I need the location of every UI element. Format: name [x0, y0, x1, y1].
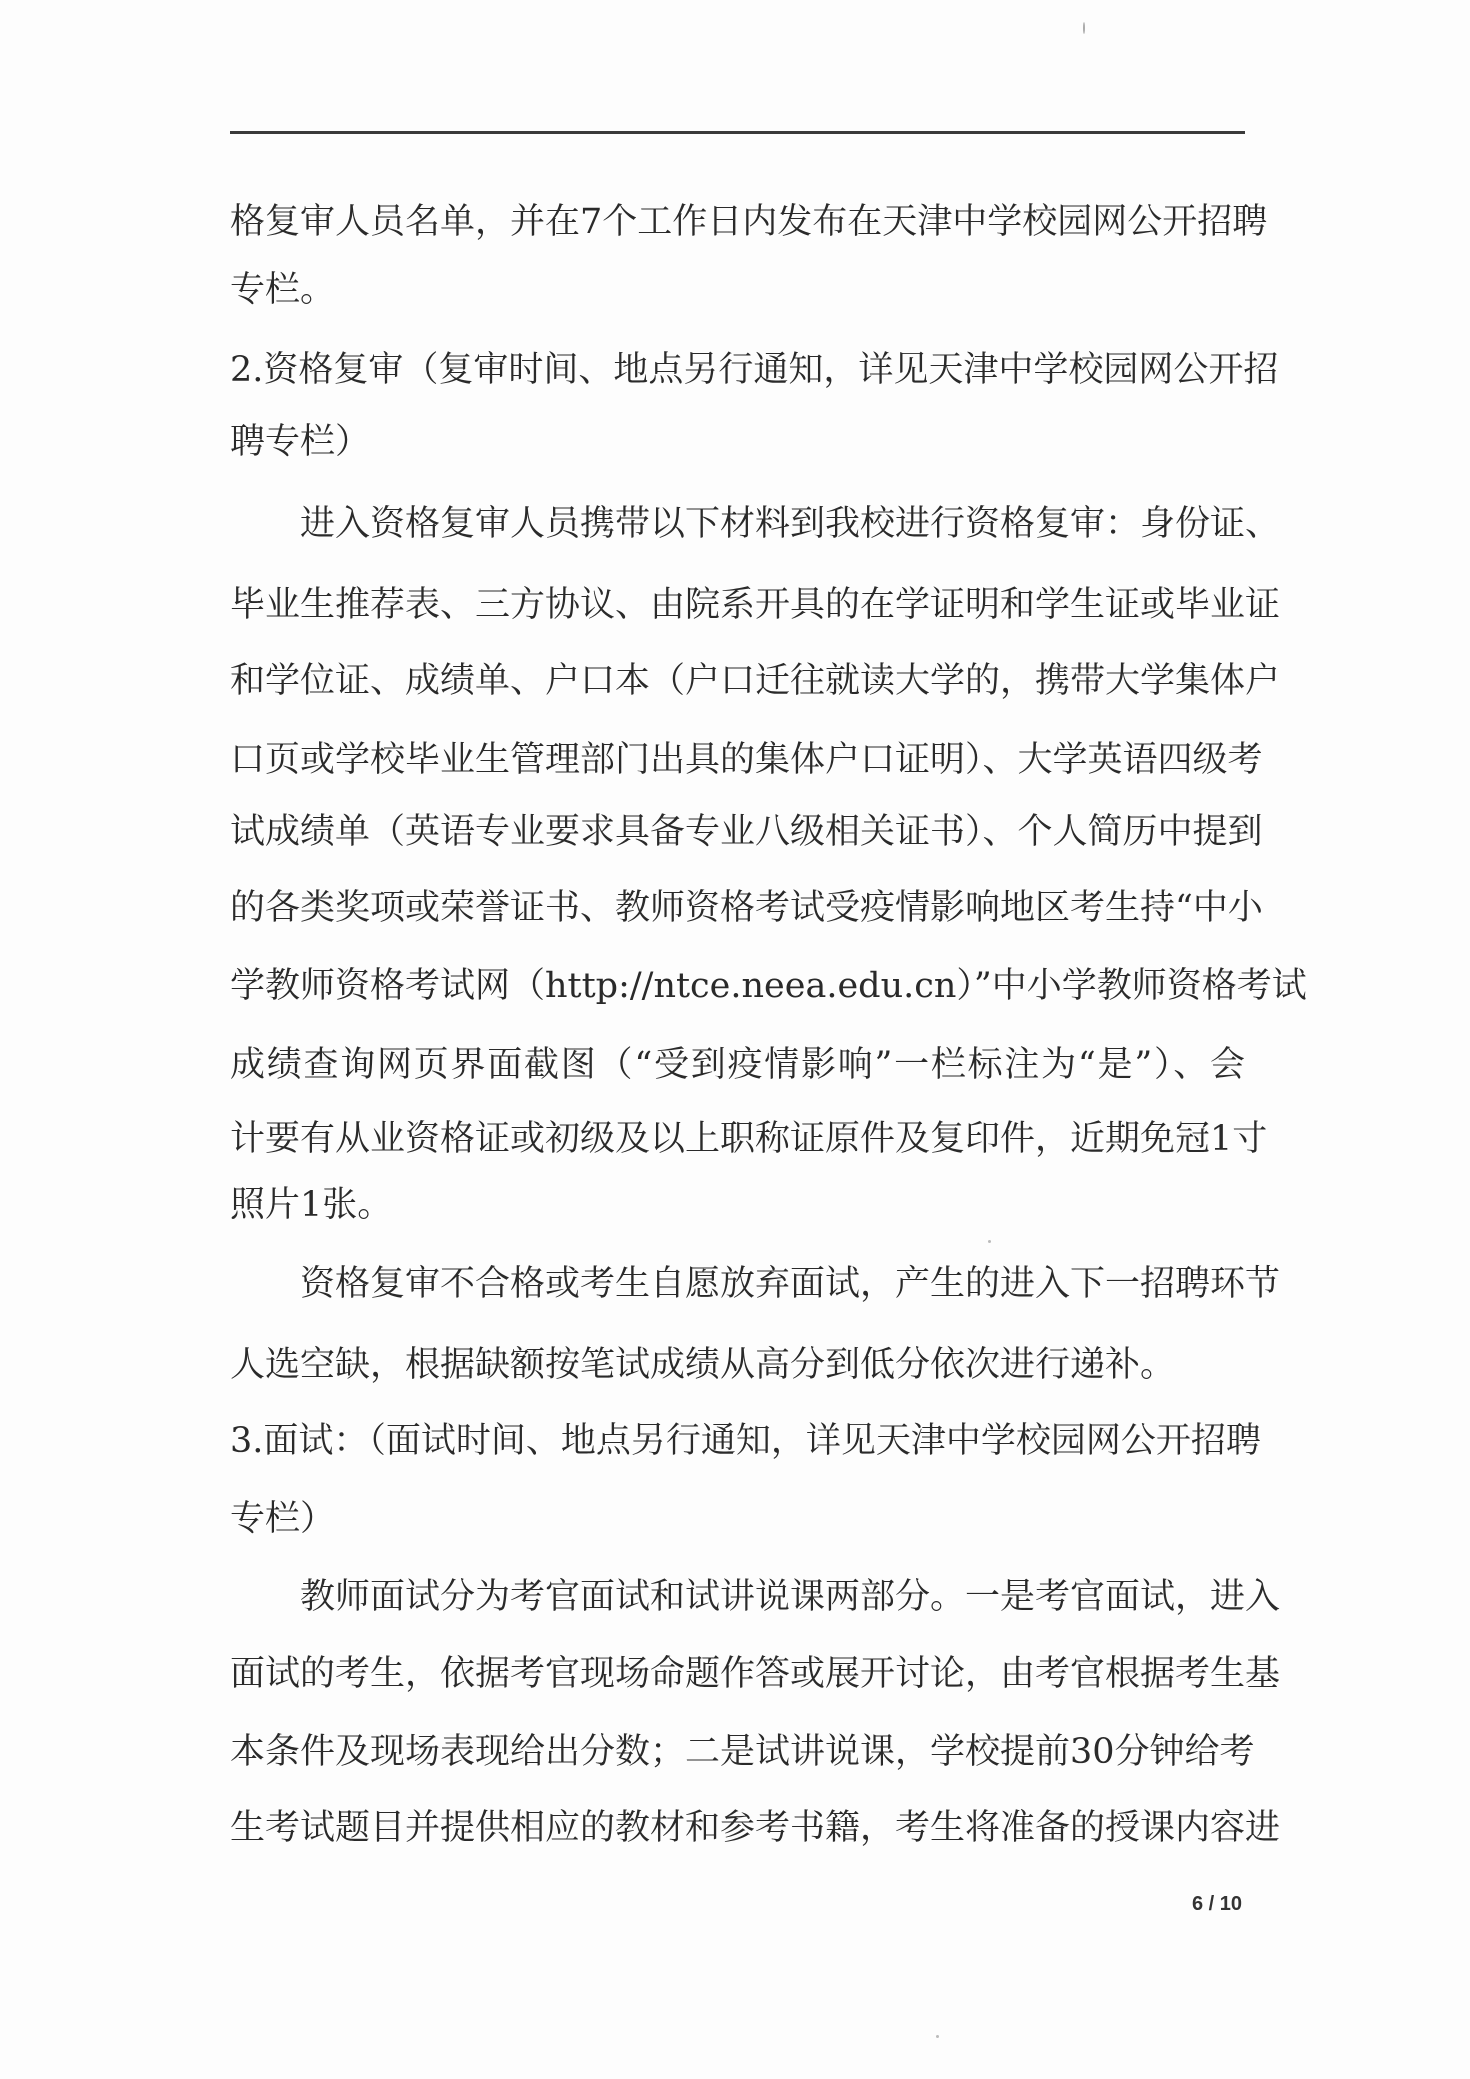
header-rule — [230, 131, 1245, 134]
text-line: 人选空缺，根据缺额按笔试成绩从高分到低分依次进行递补。 — [230, 1343, 1245, 1387]
text-line: 专栏） — [230, 1497, 1245, 1541]
scan-speck — [936, 2035, 939, 2038]
text-line: 聘专栏） — [230, 420, 1245, 464]
text-line: 毕业生推荐表、三方协议、由院系开具的在学证明和学生证或毕业证 — [230, 583, 1245, 627]
text-line: 学教师资格考试网（http://ntce.neea.edu.cn）”中小学教师资… — [230, 964, 1245, 1008]
text-line: 资格复审不合格或考生自愿放弃面试，产生的进入下一招聘环节 — [300, 1262, 1245, 1306]
text-line: 计要有从业资格证或初级及以上职称证原件及复印件，近期免冠1寸 — [230, 1117, 1245, 1161]
text-line: 试成绩单（英语专业要求具备专业八级相关证书）、个人简历中提到 — [230, 810, 1245, 854]
scan-speck — [1083, 22, 1085, 34]
text-line: 口页或学校毕业生管理部门出具的集体户口证明）、大学英语四级考 — [230, 738, 1245, 782]
text-line: 格复审人员名单，并在7个工作日内发布在天津中学校园网公开招聘 — [230, 200, 1245, 244]
text-line: 生考试题目并提供相应的教材和参考书籍，考生将准备的授课内容进 — [230, 1806, 1245, 1850]
text-line: 和学位证、成绩单、户口本（户口迁往就读大学的，携带大学集体户 — [230, 659, 1245, 703]
text-line: 的各类奖项或荣誉证书、教师资格考试受疫情影响地区考生持“中小 — [230, 886, 1245, 930]
text-line: 专栏。 — [230, 268, 1245, 312]
text-line: 进入资格复审人员携带以下材料到我校进行资格复审：身份证、 — [300, 502, 1245, 546]
text-line: 照片1张。 — [230, 1183, 1245, 1227]
page-number: 6 / 10 — [1192, 1893, 1242, 1916]
text-line: 面试的考生，依据考官现场命题作答或展开讨论，由考官根据考生基 — [230, 1652, 1245, 1696]
scan-speck — [988, 1240, 991, 1243]
text-line: 成绩查询网页界面截图（“受到疫情影响”一栏标注为“是”）、会 — [230, 1043, 1245, 1087]
text-line: 3.面试：（面试时间、地点另行通知，详见天津中学校园网公开招聘 — [230, 1419, 1245, 1463]
text-line: 本条件及现场表现给出分数；二是试讲说课，学校提前30分钟给考 — [230, 1730, 1245, 1774]
text-line: 2.资格复审（复审时间、地点另行通知，详见天津中学校园网公开招 — [230, 348, 1245, 392]
text-line: 教师面试分为考官面试和试讲说课两部分。一是考官面试，进入 — [300, 1575, 1245, 1619]
